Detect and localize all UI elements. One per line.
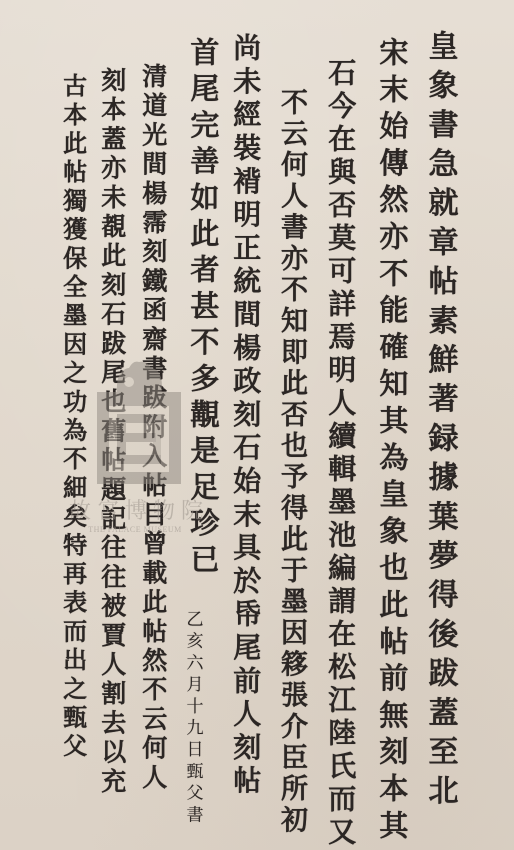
calligraphy-column-9: 古本此帖獨獲保全墨因之功為不細矣特再表而出之甄父 — [59, 73, 87, 762]
calligraphy-column-2: 宋末始傳然亦不能確知其為皇象也此帖前無刻本其 — [375, 37, 408, 847]
calligraphy-column-1: 皇象書急就章帖素鮮著録據葉夢得後跋蓋至北 — [422, 30, 457, 814]
calligraphy-column-6: 首尾完善如此者甚不多覯是足珍已 — [186, 37, 219, 580]
calligraphy-column-7: 清道光間楊霈刻鐵函齋書跋附入帖目曾載此帖然不云何人 — [138, 63, 167, 793]
calligraphy-column-5: 尚未經裝褙明正統間楊政刻石始末具於帋尾前人刻帖 — [229, 33, 261, 799]
calligraphy-column-4: 不云何人書亦不知即此否也予得此于墨因簃張介臣所初 — [276, 88, 307, 837]
calligraphy-column-8: 刻本蓋亦未覩此刻石跋尾也舊帖題記往往被賈人割去以充 — [97, 67, 126, 797]
calligraphy-column-3: 石今在與否莫可詳焉明人續輯墨池編謂在松江陸氏而又 — [324, 58, 356, 850]
calligraphy-sheet: 皇象書急就章帖素鮮著録據葉夢得後跋蓋至北 宋末始傳然亦不能確知其為皇象也此帖前無… — [0, 0, 514, 850]
date-signature-inscription: 乙亥六月十九日甄父書 — [182, 610, 202, 827]
